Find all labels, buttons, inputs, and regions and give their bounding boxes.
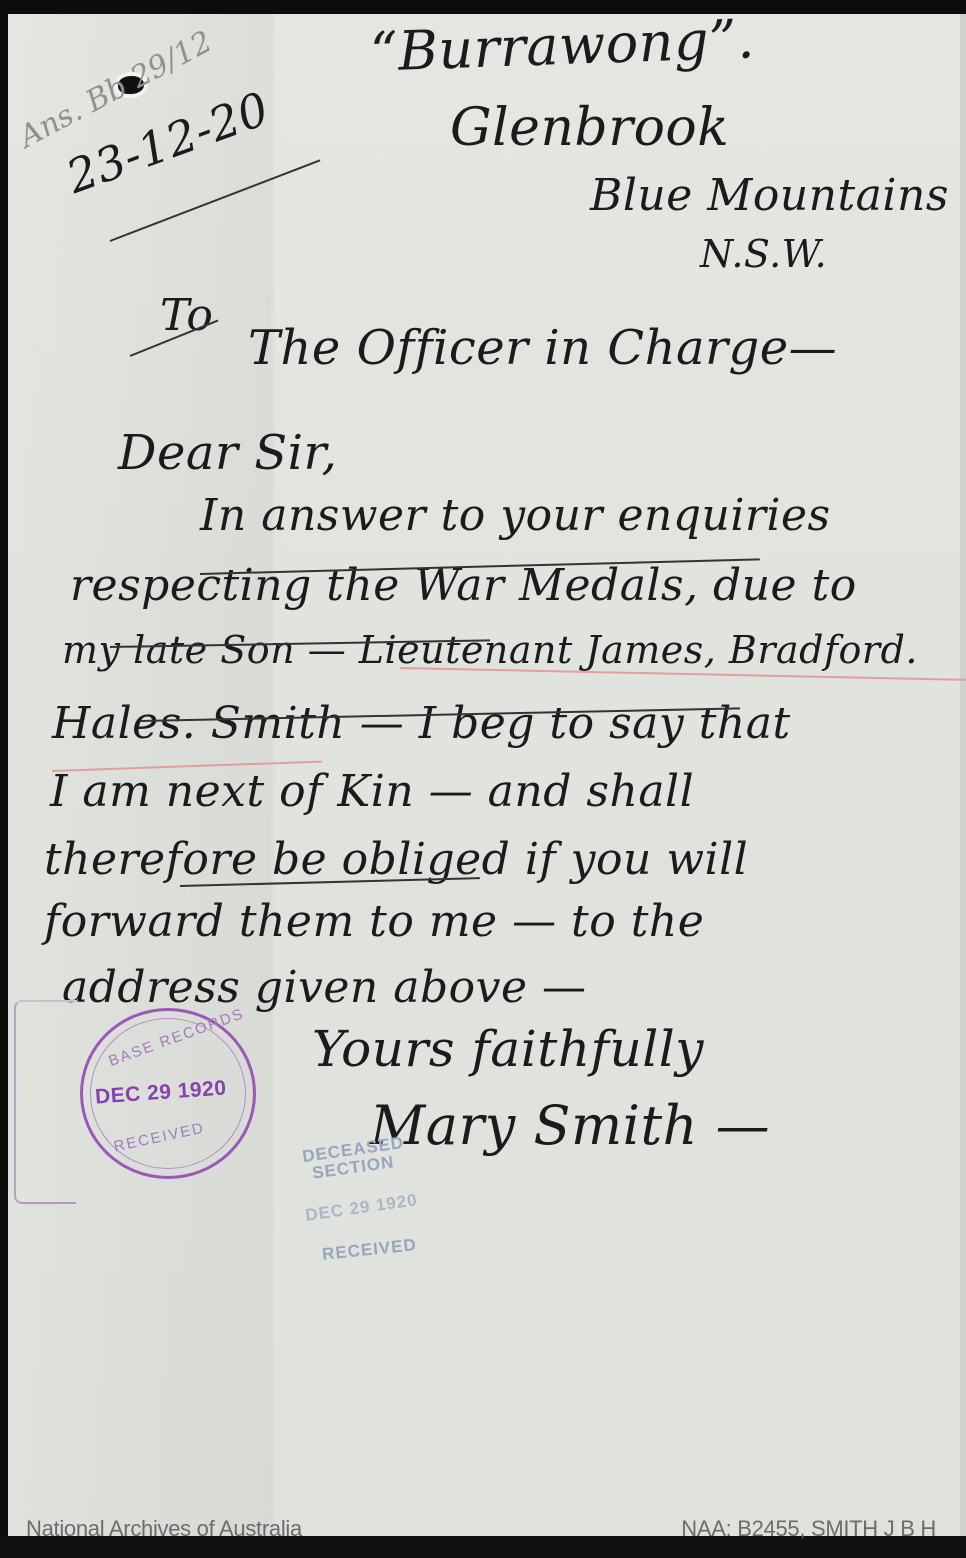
archive-reference: NAA: B2455, SMITH J B H xyxy=(681,1516,936,1542)
greeting: Dear Sir, xyxy=(118,425,337,481)
address-town: Glenbrook xyxy=(450,98,729,158)
closing: Yours faithfully xyxy=(312,1020,704,1078)
body-line-4: Hales. Smith — I beg to say that xyxy=(52,698,791,749)
base-records-stamp: BASE RECORDS DEC 29 1920 RECEIVED xyxy=(80,1008,256,1179)
signature: Mary Smith — xyxy=(370,1094,770,1157)
body-line-5: I am next of Kin — and shall xyxy=(50,766,694,817)
recipient: The Officer in Charge— xyxy=(248,320,837,376)
body-line-2: respecting the War Medals, due to xyxy=(70,560,857,611)
body-line-8: address given above — xyxy=(62,962,587,1013)
body-line-7: forward them to me — to the xyxy=(44,896,704,947)
address-state: N.S.W. xyxy=(700,232,827,276)
body-line-1: In answer to your enquiries xyxy=(200,490,831,541)
body-line-3: my late Son — Lieutenant James, Bradford… xyxy=(62,628,918,672)
archive-name: National Archives of Australia xyxy=(26,1516,302,1542)
stamp-bracket-mark xyxy=(14,1000,76,1204)
address-region: Blue Mountains xyxy=(590,170,949,221)
body-line-6: therefore be obliged if you will xyxy=(44,834,748,885)
address-house: “Burrawong”. xyxy=(369,7,756,83)
